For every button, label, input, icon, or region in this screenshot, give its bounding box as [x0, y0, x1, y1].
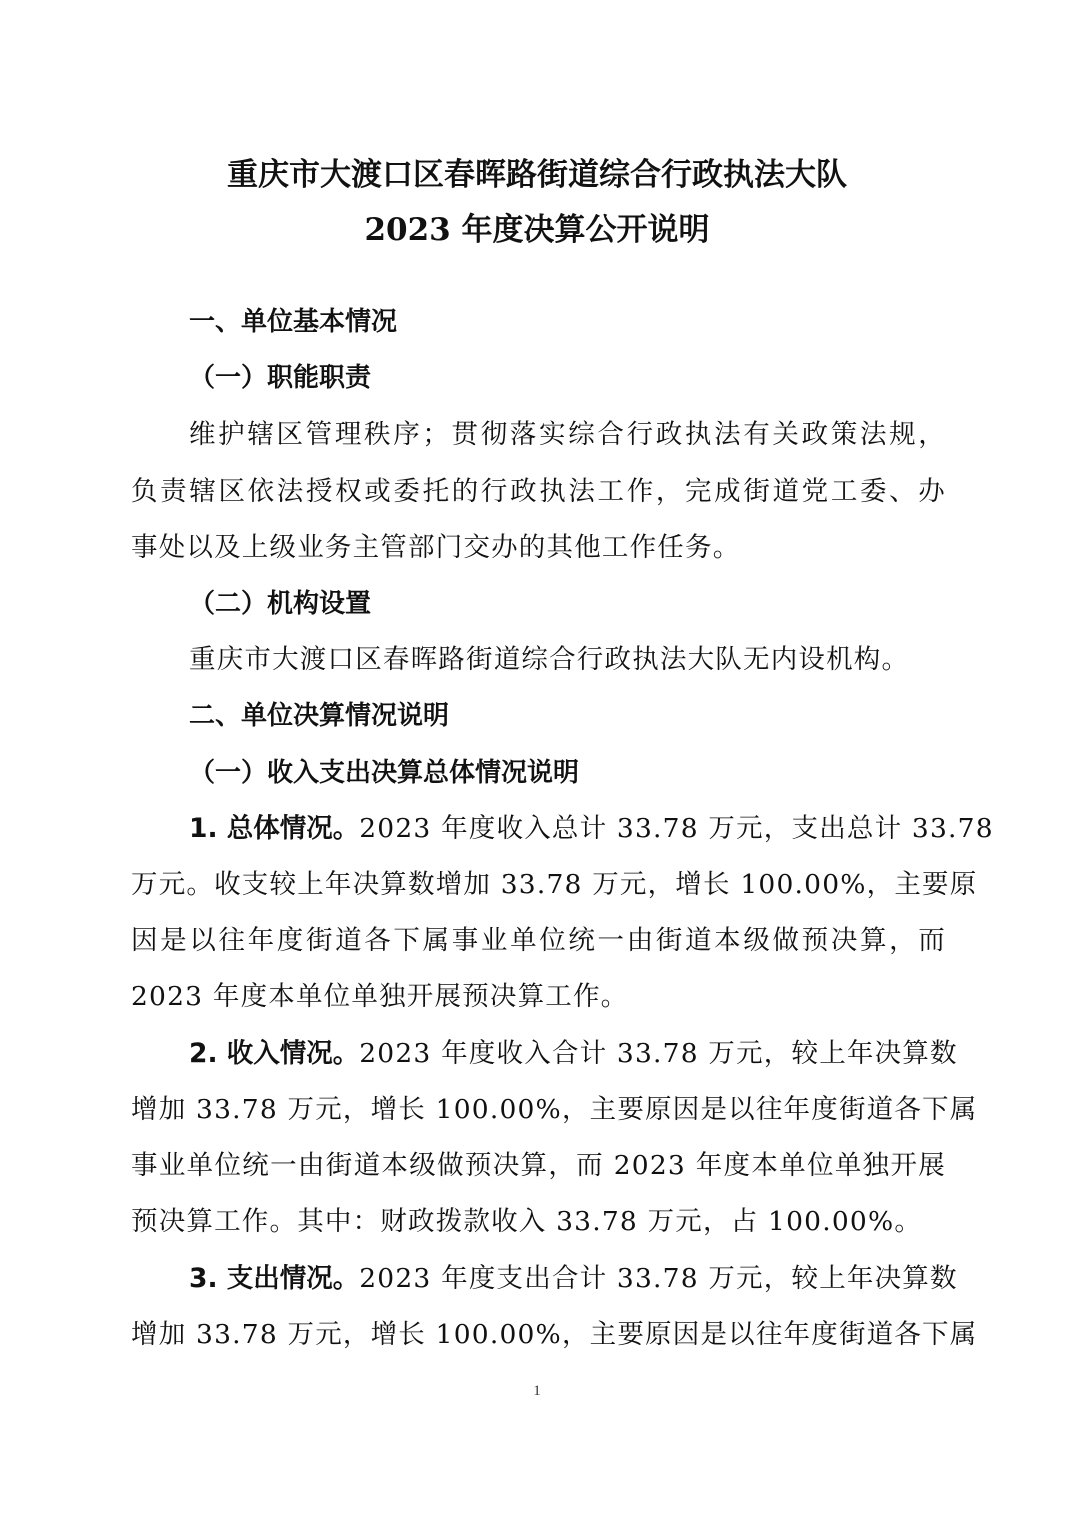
subsection-heading-org: （二）机构设置 — [189, 587, 946, 621]
paragraph-line: 万元。收支较上年决算数增加 33.78 万元，增长 100.00%，主要原 — [131, 868, 946, 902]
subsection-heading-overall: （一）收入支出决算总体情况说明 — [189, 756, 946, 790]
item-lead-income: 2. 收入情况。 — [189, 1038, 359, 1069]
page-number: 1 — [0, 1383, 1074, 1400]
paragraph-line: 预决算工作。其中：财政拨款收入 33.78 万元，占 100.00%。 — [131, 1205, 946, 1239]
paragraph-line: 重庆市大渡口区春晖路街道综合行政执法大队无内设机构。 — [189, 643, 946, 677]
document-title-line1: 重庆市大渡口区春晖路街道综合行政执法大队 — [0, 155, 1074, 195]
paragraph-line: 2. 收入情况。2023 年度收入合计 33.78 万元，较上年决算数 — [189, 1037, 946, 1071]
document-title-line2: 2023 年度决算公开说明 — [0, 210, 1074, 250]
paragraph-line: 增加 33.78 万元，增长 100.00%，主要原因是以往年度街道各下属 — [131, 1093, 946, 1127]
section-heading-final-accounts: 二、单位决算情况说明 — [189, 699, 946, 733]
section-heading-basic-info: 一、单位基本情况 — [189, 305, 946, 339]
paragraph-line: 增加 33.78 万元，增长 100.00%，主要原因是以往年度街道各下属 — [131, 1318, 946, 1352]
paragraph-line: 事处以及上级业务主管部门交办的其他工作任务。 — [131, 531, 946, 565]
paragraph-line: 负责辖区依法授权或委托的行政执法工作，完成街道党工委、办 — [131, 475, 946, 509]
paragraph-line: 事业单位统一由街道本级做预决算，而 2023 年度本单位单独开展 — [131, 1149, 946, 1183]
paragraph-line: 因是以往年度街道各下属事业单位统一由街道本级做预决算，而 — [131, 924, 946, 958]
paragraph-line: 2023 年度本单位单独开展预决算工作。 — [131, 980, 946, 1014]
subsection-heading-duties: （一）职能职责 — [189, 361, 946, 395]
paragraph-line: 1. 总体情况。2023 年度收入总计 33.78 万元，支出总计 33.78 — [189, 812, 946, 846]
item-lead-overall: 1. 总体情况。 — [189, 813, 359, 844]
item-lead-expenditure: 3. 支出情况。 — [189, 1263, 359, 1294]
paragraph-line: 3. 支出情况。2023 年度支出合计 33.78 万元，较上年决算数 — [189, 1262, 946, 1296]
document-page: 重庆市大渡口区春晖路街道综合行政执法大队 2023 年度决算公开说明 一、单位基… — [0, 0, 1074, 1520]
paragraph-line: 维护辖区管理秩序；贯彻落实综合行政执法有关政策法规， — [189, 418, 946, 452]
